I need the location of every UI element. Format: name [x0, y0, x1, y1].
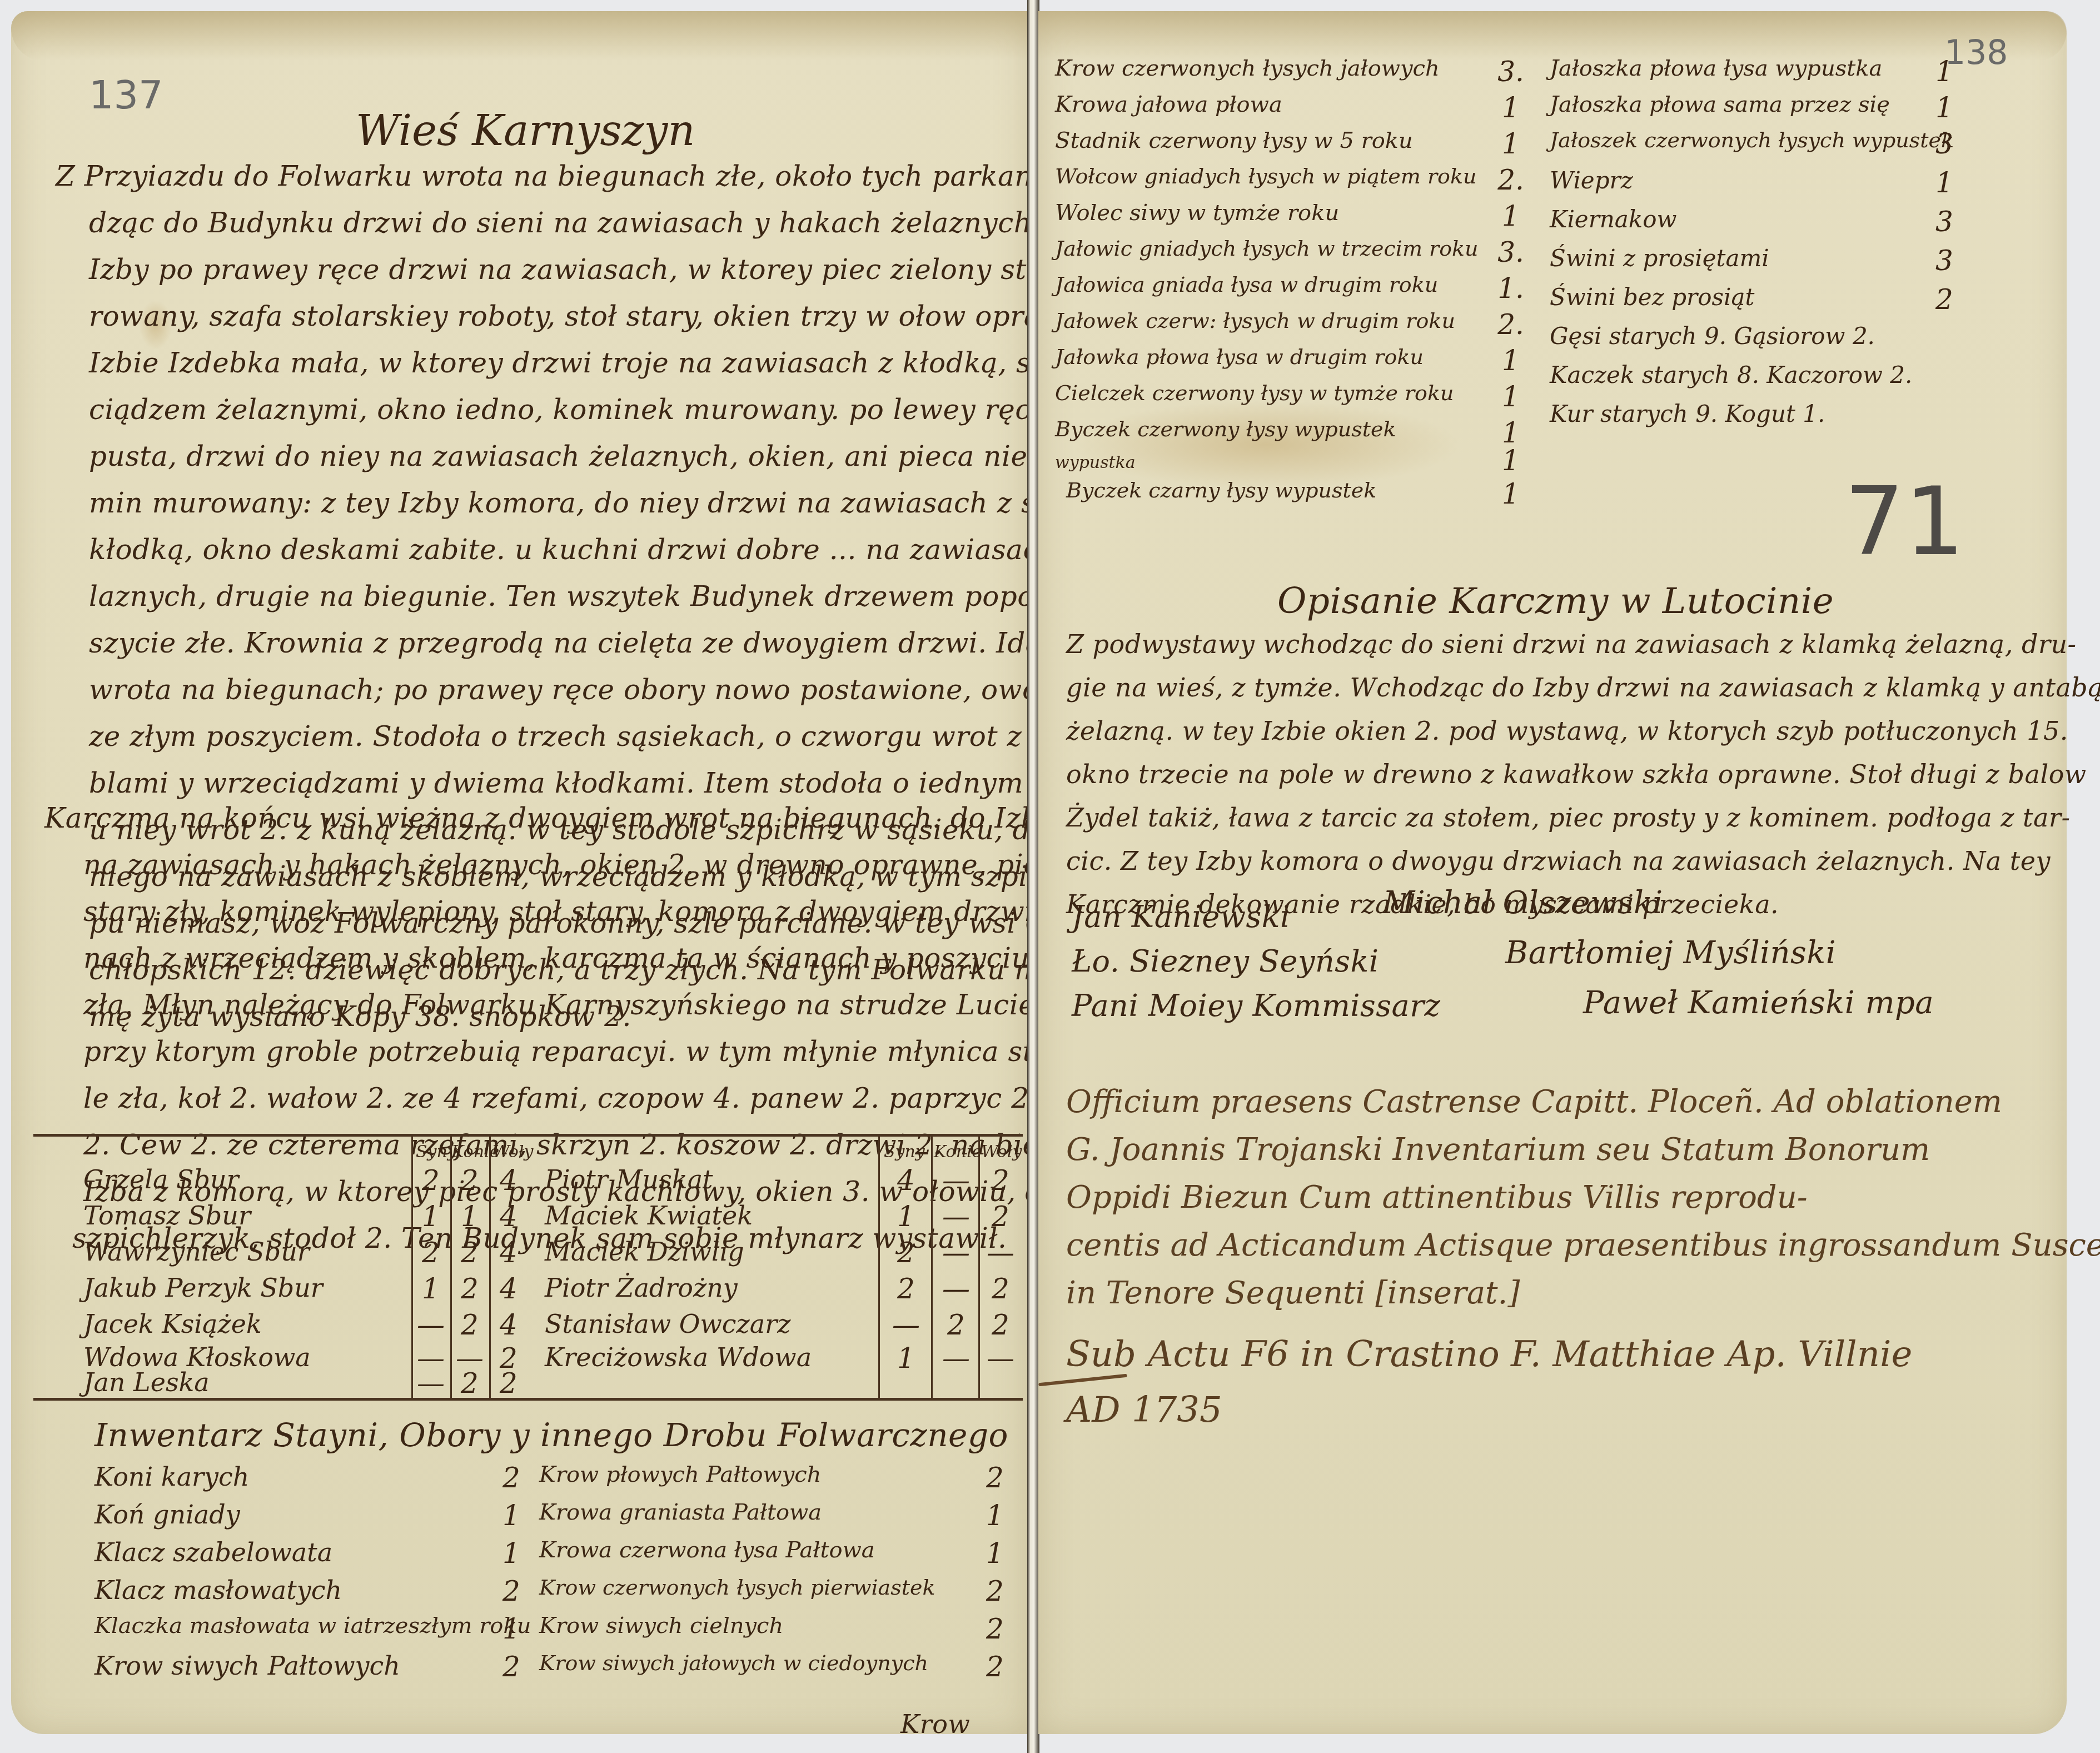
item-label: Jałowica gniada łysa w drugim roku — [1055, 272, 1438, 297]
konie-value: — — [939, 1237, 973, 1269]
item-qty: 1 — [1494, 381, 1527, 413]
peasant-table: Syny Konie Woły Syny Konie Woły Grzela S… — [33, 1134, 1023, 1401]
item-qty: 2 — [978, 1462, 1012, 1494]
item-qty: 2 — [978, 1575, 1012, 1607]
item-label: Wieprz — [1550, 167, 1633, 194]
syny-value: 2 — [889, 1273, 923, 1305]
item-qty: 2 — [1928, 283, 1961, 316]
column-header-woly: Woły — [492, 1142, 534, 1162]
inventory-item: Jałoszka płowa łysa wypustka — [1550, 56, 1882, 93]
item-label: Krow siwych jałowych w ciedoynych — [539, 1651, 928, 1675]
item-label: Świni z prosiętami — [1550, 245, 1769, 272]
table-row: Grzela Sbur — [83, 1164, 239, 1201]
inventory-item: Kur starych 9. Kogut 1. — [1550, 400, 1825, 438]
table-row: Maciek Kwiatek — [545, 1201, 753, 1237]
inventory-item: Krow czerwonych łysych pierwiastek — [539, 1575, 935, 1613]
item-label: Kaczek starych 8. Kaczorow 2. — [1550, 361, 1912, 389]
text-line: żelazną. w tey Izbie okien 2. pod wystaw… — [1066, 709, 2100, 753]
peasant-name: Piotr Muskat — [545, 1164, 713, 1194]
item-label: Jałowic gniadych łysych w trzecim roku — [1055, 236, 1479, 261]
item-qty: 3 — [1928, 245, 1961, 277]
inventory-item: Krowa graniasta Pałtowa — [539, 1500, 822, 1537]
torn-edge — [11, 11, 1028, 61]
item-qty: 2 — [978, 1613, 1012, 1645]
woly-value: 2 — [492, 1367, 525, 1400]
inventory-item: Jałoszek czerwonych łysych wypustek — [1550, 128, 1954, 166]
signature: Michał Olszewski — [1383, 878, 1934, 928]
item-qty: 3. — [1494, 56, 1527, 88]
woly-value: — — [984, 1342, 1017, 1374]
item-qty: 2 — [495, 1575, 528, 1607]
item-qty: 1. — [1494, 272, 1527, 305]
inventory-item: Krow siwych jałowych w ciedoynych — [539, 1651, 928, 1689]
table-row: Jan Leska — [83, 1367, 210, 1404]
inventory-item: Krowa jałowa płowa — [1055, 92, 1282, 130]
text-line: Officium praesens Castrense Capitt. Ploc… — [1066, 1078, 2100, 1126]
item-label: Gęsi starych 9. Gąsiorow 2. — [1550, 322, 1875, 350]
column-divider — [489, 1137, 491, 1398]
inventory-item: Jałowic gniadych łysych w trzecim roku — [1055, 236, 1479, 274]
inventory-title: Inwentarz Stayni, Obory y innego Drobu F… — [94, 1412, 1008, 1458]
item-label: Stadnik czerwony łysy w 5 roku — [1055, 128, 1413, 153]
table-row: Jakub Perzyk Sbur — [83, 1273, 323, 1309]
text-line: centis ad Acticandum Actisque praesentib… — [1066, 1222, 2100, 1269]
woly-value: 4 — [492, 1237, 525, 1269]
item-label: wypustka — [1055, 453, 1136, 472]
inventory-item: Wołcow gniadych łysych w piątem roku — [1055, 164, 1476, 202]
peasant-name: Maciek Dziwlig — [545, 1237, 744, 1267]
table-row: Tomasz Sbur — [83, 1201, 251, 1237]
column-divider — [411, 1137, 413, 1398]
item-label: Klacz masłowatych — [94, 1575, 342, 1605]
signatures-right: Michał Olszewski Bartłomiej Myśliński Pa… — [1383, 878, 1934, 1028]
item-label: Jałowka płowa łysa w drugim roku — [1055, 345, 1424, 369]
item-label: Jałoszka płowa łysa wypustka — [1550, 56, 1882, 81]
torn-edge — [1038, 11, 2067, 61]
konie-value: 1 — [453, 1201, 486, 1233]
woly-value: — — [984, 1237, 1017, 1269]
inventory-item: Kaczek starych 8. Kaczorow 2. — [1550, 361, 1912, 399]
inventory-item: Klacz szabelowata — [94, 1537, 332, 1575]
item-qty: 2. — [1494, 164, 1527, 196]
inventory-item: Świni z prosiętami — [1550, 245, 1769, 282]
syny-value: 2 — [414, 1164, 447, 1197]
text-line: okno trzecie na pole w drewno z kawałkow… — [1066, 753, 2100, 796]
item-qty: 1 — [1928, 167, 1961, 199]
text-line: Żydel takiż, ława z tarcic za stołem, pi… — [1066, 796, 2100, 839]
konie-value: 2 — [453, 1367, 486, 1400]
text-line: in Tenore Sequenti [inserat.] — [1066, 1269, 2100, 1331]
item-qty: 2. — [1494, 308, 1527, 341]
inventory-item: Klacz masłowatych — [94, 1575, 342, 1613]
inventory-item: Stadnik czerwony łysy w 5 roku — [1055, 128, 1413, 166]
text-line: AD 1735 — [1066, 1386, 2100, 1442]
item-label: Kur starych 9. Kogut 1. — [1550, 400, 1825, 427]
item-label: Krowa czerwona łysa Pałtowa — [539, 1537, 875, 1563]
peasant-name: Jacek Książek — [83, 1309, 262, 1339]
table-row: Jacek Książek — [83, 1309, 262, 1346]
section-title: Opisanie Karczmy w Lutocinie — [1277, 578, 1834, 625]
item-label: Krowa jałowa płowa — [1055, 92, 1282, 117]
peasant-name: Tomasz Sbur — [83, 1201, 251, 1231]
item-label: Krowa graniasta Pałtowa — [539, 1500, 822, 1525]
peasant-name: Kreciżowska Wdowa — [545, 1342, 812, 1372]
woly-value: 4 — [492, 1309, 525, 1341]
table-row: Piotr Muskat — [545, 1164, 713, 1201]
column-divider — [978, 1137, 980, 1398]
item-label: Wołcow gniadych łysych w piątem roku — [1055, 164, 1476, 188]
item-label: Klaczka masłowata w iatrzeszłym roku — [94, 1613, 531, 1639]
inventory-item: Cielczek czerwony łysy w tymże roku — [1055, 381, 1454, 419]
peasant-name: Maciek Kwiatek — [545, 1201, 753, 1231]
peasant-name: Piotr Żadrożny — [545, 1273, 738, 1303]
inventory-item: Wolec siwy w tymże roku — [1055, 200, 1339, 238]
archival-number: 71 — [1844, 467, 1964, 577]
inventory-item: Kiernakow — [1550, 206, 1677, 243]
item-qty: 1 — [495, 1537, 528, 1570]
inventory-item: Koni karych — [94, 1462, 249, 1500]
konie-value: — — [939, 1273, 973, 1305]
inventory-item: Wieprz — [1550, 167, 1633, 205]
syny-value: 1 — [889, 1201, 923, 1233]
column-header-woly: Woły — [981, 1142, 1022, 1162]
column-divider — [450, 1137, 452, 1398]
item-label: Kiernakow — [1550, 206, 1677, 233]
signature: Bartłomiej Myśliński — [1383, 928, 1934, 978]
catchword: Krow — [900, 1701, 970, 1747]
inventory-item: Krowa czerwona łysa Pałtowa — [539, 1537, 875, 1575]
item-label: Świni bez prosiąt — [1550, 283, 1754, 311]
book-gutter — [1027, 0, 1039, 1753]
item-qty: 2 — [978, 1651, 1012, 1683]
table-row: Stanisław Owczarz — [545, 1309, 790, 1346]
item-label: Koń gniady — [94, 1500, 240, 1530]
item-qty: 1 — [978, 1537, 1012, 1570]
inventory-item: Jałowka płowa łysa w drugim roku — [1055, 345, 1424, 382]
text-line: Z podwystawy wchodząc do sieni drzwi na … — [1066, 622, 2100, 666]
inventory-item: Klaczka masłowata w iatrzeszłym roku — [94, 1613, 531, 1651]
table-row: Kreciżowska Wdowa — [545, 1342, 812, 1379]
inventory-item: Krow siwych Pałtowych — [94, 1651, 400, 1689]
inventory-item: Jałoszka płowa sama przez się — [1550, 92, 1890, 130]
syny-value: 4 — [889, 1164, 923, 1197]
peasant-name: Stanisław Owczarz — [545, 1309, 790, 1339]
syny-value: — — [889, 1309, 923, 1341]
syny-value: 2 — [414, 1237, 447, 1269]
item-qty: 1 — [495, 1613, 528, 1645]
item-label: Jałoszka płowa sama przez się — [1550, 92, 1890, 117]
konie-value: — — [939, 1201, 973, 1233]
peasant-name: Jan Leska — [83, 1367, 210, 1397]
inventory-item: Koń gniady — [94, 1500, 240, 1537]
table-row: Wawrzyniec Sbur — [83, 1237, 310, 1273]
item-qty: 1 — [1494, 345, 1527, 377]
inventory-item: Krow płowych Pałtowych — [539, 1462, 822, 1500]
item-qty: 1 — [495, 1500, 528, 1532]
item-label: Krow czerwonych łysych pierwiastek — [539, 1575, 935, 1600]
inventory-item: Byczek czerwony łysy wypustek — [1055, 417, 1396, 455]
item-label: Byczek czerwony łysy wypustek — [1055, 417, 1396, 441]
woly-value: 4 — [492, 1273, 525, 1305]
syny-value: — — [414, 1367, 447, 1400]
konie-value: 2 — [939, 1309, 973, 1341]
item-label: Jałoszek czerwonych łysych wypustek — [1550, 128, 1954, 152]
item-label: Krow siwych cielnych — [539, 1613, 783, 1639]
item-label: Klacz szabelowata — [94, 1537, 332, 1567]
item-label: Cielczek czerwony łysy w tymże roku — [1055, 381, 1454, 405]
item-qty: 1 — [1928, 92, 1961, 124]
peasant-name: Wawrzyniec Sbur — [83, 1237, 310, 1267]
inventory-item: Gęsi starych 9. Gąsiorow 2. — [1550, 322, 1875, 360]
konie-value: 2 — [453, 1237, 486, 1269]
item-qty: 2 — [495, 1462, 528, 1494]
woly-value: 2 — [984, 1201, 1017, 1233]
item-qty: 1 — [1928, 56, 1961, 88]
item-qty: 1 — [1494, 200, 1527, 232]
item-label: Krow płowych Pałtowych — [539, 1462, 822, 1487]
peasant-name: Grzela Sbur — [83, 1164, 239, 1194]
syny-value: — — [414, 1309, 447, 1341]
item-label: Byczek czarny łysy wypustek — [1066, 478, 1376, 502]
inventory-item: Jałowek czerw: łysych w drugim roku — [1055, 308, 1455, 346]
item-qty: 1 — [978, 1500, 1012, 1532]
woly-value: 4 — [492, 1164, 525, 1197]
text-line: cic. Z tey Izby komora o dwoygu drzwiach… — [1066, 839, 2100, 883]
text-line: Oppidi Biezun Cum attinentibus Villis re… — [1066, 1174, 2100, 1222]
syny-value: 1 — [414, 1273, 447, 1305]
manuscript-spread: 137 Wieś Karnyszyn Z Przyiazdu do Folwar… — [0, 0, 2100, 1753]
page-title: Wieś Karnyszyn — [356, 106, 695, 155]
item-qty: 3. — [1494, 236, 1527, 268]
item-label: Koni karych — [94, 1462, 249, 1492]
item-qty: 3 — [1928, 128, 1961, 160]
column-divider — [878, 1137, 880, 1398]
item-qty: 1 — [1494, 92, 1527, 124]
inventory-item: Jałowica gniada łysa w drugim roku — [1055, 272, 1438, 310]
syny-value: 2 — [889, 1237, 923, 1269]
konie-value: — — [939, 1342, 973, 1374]
woly-value: 2 — [984, 1164, 1017, 1197]
left-page: 137 Wieś Karnyszyn Z Przyiazdu do Folwar… — [11, 11, 1028, 1734]
latin-registration-note: Officium praesens Castrense Capitt. Ploc… — [1066, 1078, 2100, 1442]
table-row: Maciek Dziwlig — [545, 1237, 744, 1273]
item-qty: 2 — [495, 1651, 528, 1683]
inventory-item: Świni bez prosiąt — [1550, 283, 1754, 321]
syny-value: 1 — [414, 1201, 447, 1233]
woly-value: 4 — [492, 1201, 525, 1233]
konie-value: — — [939, 1164, 973, 1197]
inventory-item: Byczek czarny łysy wypustek — [1066, 478, 1376, 516]
konie-value: 2 — [453, 1309, 486, 1341]
woly-value: 2 — [984, 1273, 1017, 1305]
inventory-item: Krow siwych cielnych — [539, 1613, 783, 1651]
text-line: gie na wieś, z tymże. Wchodząc do Izby d… — [1066, 666, 2100, 709]
text-line: G. Joannis Trojanski Inventarium seu Sta… — [1066, 1126, 2100, 1174]
item-qty: 1 — [1494, 128, 1527, 160]
right-page: 138 Krow czerwonych łysych jałowych 3. K… — [1038, 11, 2067, 1734]
signature: Paweł Kamieński mpa — [1383, 978, 1934, 1028]
konie-value: 2 — [453, 1164, 486, 1197]
text-line: Sub Actu F6 in Crastino F. Matthiae Ap. … — [1066, 1331, 2100, 1386]
woly-value: 2 — [984, 1309, 1017, 1341]
item-qty: 1 — [1494, 478, 1527, 510]
column-header-syny: Syny — [884, 1142, 925, 1162]
item-label: Krow siwych Pałtowych — [94, 1651, 400, 1681]
folio-number: 137 — [89, 72, 163, 118]
column-header-konie: Konie — [934, 1142, 982, 1162]
column-header-syny: Syny — [416, 1142, 457, 1162]
peasant-name: Jakub Perzyk Sbur — [83, 1273, 323, 1303]
inventory-item: Krow czerwonych łysych jałowych — [1055, 56, 1440, 93]
item-label: Wolec siwy w tymże roku — [1055, 200, 1339, 226]
konie-value: 2 — [453, 1273, 486, 1305]
syny-value: 1 — [889, 1342, 923, 1374]
item-qty: 3 — [1928, 206, 1961, 238]
item-label: Jałowek czerw: łysych w drugim roku — [1055, 308, 1455, 333]
item-label: Krow czerwonych łysych jałowych — [1055, 56, 1440, 81]
column-divider — [931, 1137, 933, 1398]
table-row: Piotr Żadrożny — [545, 1273, 738, 1309]
item-qty: 1 — [1494, 445, 1527, 477]
